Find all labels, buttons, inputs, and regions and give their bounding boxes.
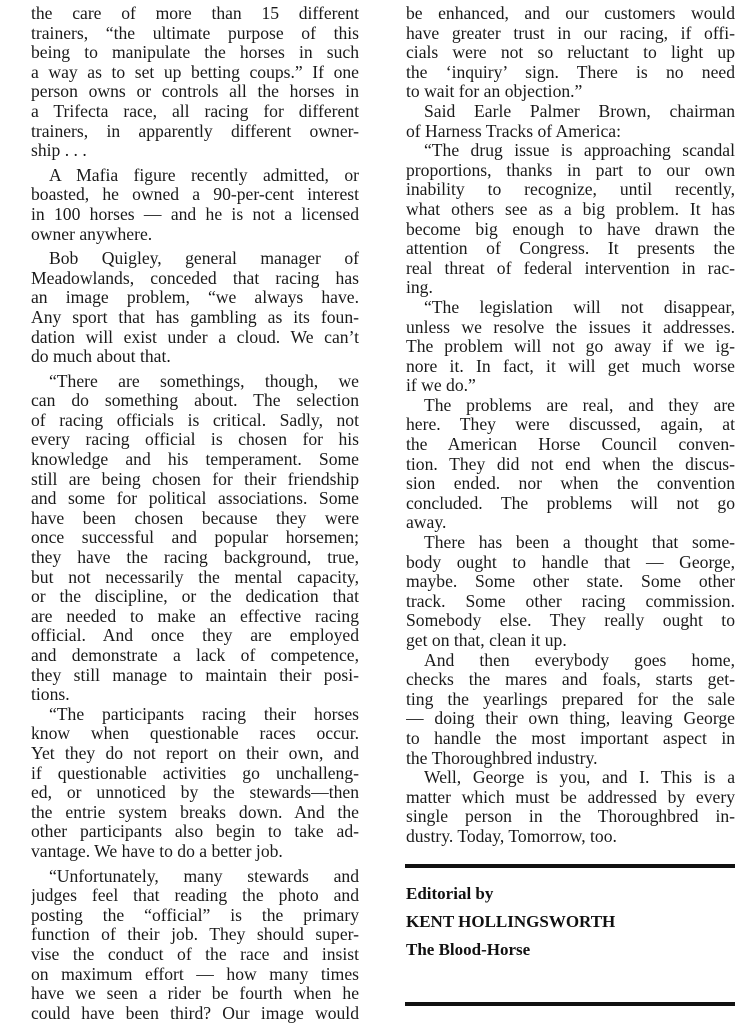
byline-publication: The Blood-Horse (406, 936, 615, 964)
text-line: the care of more than 15 different (31, 4, 359, 24)
text-line: proportions, thanks in part to our own (406, 161, 735, 181)
text-line: maybe. Some other state. Some other (406, 572, 735, 592)
text-line: be enhanced, and our customers would (406, 4, 735, 24)
text-line: tions. (31, 685, 359, 705)
text-line: The problem will not go away if we ig- (406, 337, 735, 357)
text-line: person owns or controls all the horses i… (31, 82, 359, 102)
text-line: a Trifecta race, all racing for differen… (31, 102, 359, 122)
text-line: The problems are real, and they are (406, 396, 735, 416)
text-line: checks the mares and foals, starts get- (406, 670, 735, 690)
text-line: ship . . . (31, 141, 359, 161)
editorial-byline: Editorial by KENT HOLLINGSWORTH The Bloo… (406, 880, 615, 964)
text-line: There has been a thought that some- (406, 533, 735, 553)
text-line: Bob Quigley, general manager of (31, 249, 359, 269)
text-line: Said Earle Palmer Brown, chairman (406, 102, 735, 122)
text-line: Any sport that has gambling as its foun- (31, 308, 359, 328)
text-line: an image problem, “we always have. (31, 288, 359, 308)
text-line: trainers, in apparently different owner- (31, 122, 359, 142)
text-line: tion. They did not end when the discus- (406, 455, 735, 475)
text-line: the entrie system breaks down. And the (31, 803, 359, 823)
text-line: inability to recognize, until recently, (406, 180, 735, 200)
text-line: body ought to handle that — George, (406, 553, 735, 573)
text-line: on maximum effort — how many times (31, 965, 359, 985)
text-line: have been chosen because they were (31, 509, 359, 529)
article-column-right: be enhanced, and our customers wouldhave… (406, 4, 735, 847)
text-line: “There are somethings, though, we (31, 372, 359, 392)
text-line: still are being chosen for their friends… (31, 470, 359, 490)
text-line: — doing their own thing, leaving George (406, 709, 735, 729)
text-line: sion ended. nor when the convention (406, 474, 735, 494)
text-line: do much about that. (31, 347, 359, 367)
text-line: they have the racing background, true, (31, 548, 359, 568)
text-line: to handle the most important aspect in (406, 729, 735, 749)
text-line: nore it. In fact, it will get much worse (406, 357, 735, 377)
text-line: “The participants racing their horses (31, 705, 359, 725)
text-line: Well, George is you, and I. This is a (406, 768, 735, 788)
text-line: owner anywhere. (31, 225, 359, 245)
text-line: could have been third? Our image would (31, 1004, 359, 1024)
text-line: single person in the Thoroughbred in- (406, 807, 735, 827)
text-line: know when questionable races occur. (31, 724, 359, 744)
text-line: if we do.” (406, 376, 735, 396)
text-line: or the discipline, or the dedication tha… (31, 587, 359, 607)
text-line: are needed to make an effective racing (31, 607, 359, 627)
text-line: vantage. We have to do a better job. (31, 842, 359, 862)
text-line: track. Some other racing commission. (406, 592, 735, 612)
text-line: away. (406, 513, 735, 533)
text-line: judges feel that reading the photo and (31, 886, 359, 906)
text-line: dation will exist under a cloud. We can’… (31, 328, 359, 348)
text-line: real threat of federal intervention in r… (406, 259, 735, 279)
text-line: “The drug issue is approaching scandal (406, 141, 735, 161)
text-line: “Unfortunately, many stewards and (31, 867, 359, 887)
text-line: a way as to set up betting coups.” If on… (31, 63, 359, 83)
text-line: every racing official is chosen for his (31, 430, 359, 450)
text-line: get on that, clean it up. (406, 631, 735, 651)
text-line: “The legislation will not disappear, (406, 298, 735, 318)
text-line: what others see as a big problem. It has (406, 200, 735, 220)
text-line: once successful and popular horsemen; (31, 528, 359, 548)
text-line: ed, or unnoticed by the stewards—then (31, 783, 359, 803)
text-line: and demonstrate a lack of competence, (31, 646, 359, 666)
text-line: have we seen a rider be fourth when he (31, 984, 359, 1004)
text-line: cials were not so reluctant to light up (406, 43, 735, 63)
text-line: attention of Congress. It presents the (406, 239, 735, 259)
byline-label: Editorial by (406, 880, 615, 908)
text-line: posting the “official” is the primary (31, 906, 359, 926)
text-line: ing. (406, 278, 735, 298)
text-line: and some for political associations. Som… (31, 489, 359, 509)
text-line: to wait for an objection.” (406, 82, 735, 102)
text-line: of racing officials is critical. Sadly, … (31, 411, 359, 431)
text-line: Yet they do not report on their own, and (31, 744, 359, 764)
text-line: become big enough to have drawn the (406, 220, 735, 240)
text-line: they still manage to maintain their posi… (31, 666, 359, 686)
text-line: of Harness Tracks of America: (406, 122, 735, 142)
text-line: boasted, he owned a 90-per-cent interest (31, 185, 359, 205)
text-line: And then everybody goes home, (406, 651, 735, 671)
text-line: in 100 horses — and he is not a licensed (31, 205, 359, 225)
byline-top-rule (405, 864, 735, 868)
text-line: have greater trust in our racing, if off… (406, 24, 735, 44)
text-line: knowledge and his temperament. Some (31, 450, 359, 470)
text-line: matter which must be addressed by every (406, 788, 735, 808)
text-line: trainers, “the ultimate purpose of this (31, 24, 359, 44)
text-line: unless we resolve the issues it addresse… (406, 318, 735, 338)
text-line: the American Horse Council conven- (406, 435, 735, 455)
text-line: function of their job. They should super… (31, 925, 359, 945)
text-line: the ‘inquiry’ sign. There is no need (406, 63, 735, 83)
text-line: official. And once they are employed (31, 626, 359, 646)
text-line: can do something about. The selection (31, 391, 359, 411)
text-line: being to manipulate the horses in such (31, 43, 359, 63)
text-line: Meadowlands, conceded that racing has (31, 269, 359, 289)
byline-author: KENT HOLLINGSWORTH (406, 908, 615, 936)
text-line: other participants also begin to take ad… (31, 822, 359, 842)
byline-bottom-rule (405, 1002, 735, 1006)
text-line: but not necessarily the mental capacity, (31, 568, 359, 588)
text-line: ting the yearlings prepared for the sale (406, 690, 735, 710)
text-line: the Thoroughbred industry. (406, 749, 735, 769)
text-line: A Mafia figure recently admitted, or (31, 166, 359, 186)
text-line: if questionable activities go unchalleng… (31, 764, 359, 784)
text-line: vise the conduct of the race and insist (31, 945, 359, 965)
text-line: Somebody else. They really ought to (406, 611, 735, 631)
text-line: here. They were discussed, again, at (406, 415, 735, 435)
article-column-left: the care of more than 15 differenttraine… (31, 4, 359, 1023)
text-line: concluded. The problems will not go (406, 494, 735, 514)
text-line: dustry. Today, Tomorrow, too. (406, 827, 735, 847)
